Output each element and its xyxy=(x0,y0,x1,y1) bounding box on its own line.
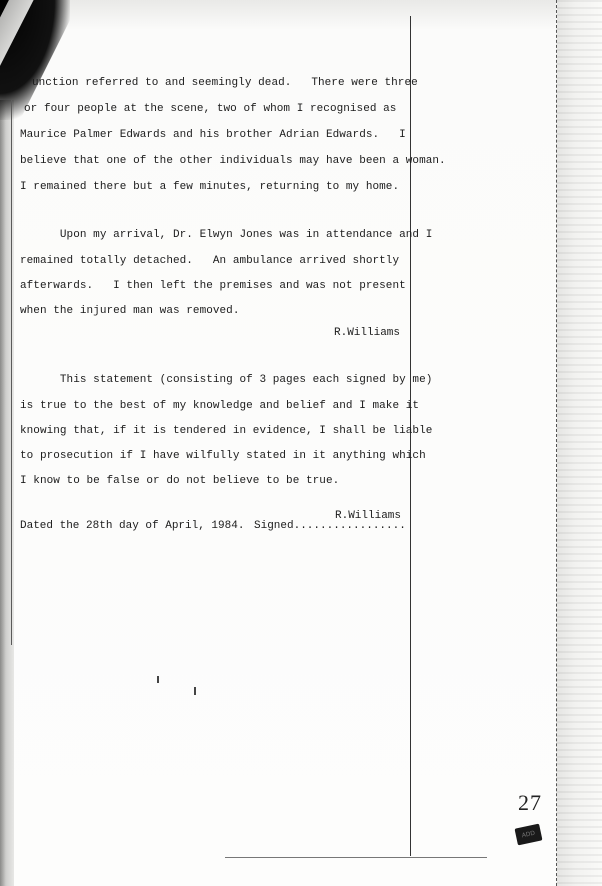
paragraph-2: Upon my arrival, Dr. Elwyn Jones was in … xyxy=(20,228,410,300)
text-line: knowing that, if it is tendered in evide… xyxy=(20,424,432,438)
text-line: believe that one of the other individual… xyxy=(20,154,446,168)
text-line: or four people at the scene, two of whom… xyxy=(24,102,396,116)
paragraph-3: This statement (consisting of 3 pages ea… xyxy=(20,373,410,457)
dated-text: Dated the 28th day of April, 1984. xyxy=(20,520,244,532)
page-number: 27 xyxy=(518,790,542,816)
scan-speck xyxy=(157,676,159,683)
reference-stamp: ADD xyxy=(515,824,543,846)
text-line: afterwards. I then left the premises and… xyxy=(20,279,406,293)
text-line: remained totally detached. An ambulance … xyxy=(20,254,399,268)
text-line: is true to the best of my knowledge and … xyxy=(20,399,419,413)
signature-1: R.Williams xyxy=(334,327,400,339)
text-line: Maurice Palmer Edwards and his brother A… xyxy=(20,128,406,142)
scan-speck xyxy=(194,687,196,695)
signature-2: R.Williams xyxy=(335,510,401,522)
text-line: This statement (consisting of 3 pages ea… xyxy=(20,373,432,387)
bottom-rule xyxy=(225,857,487,858)
paragraph-1: unction referred to and seemingly dead. … xyxy=(20,76,410,160)
adjacent-page-edge xyxy=(556,0,602,886)
document-page: unction referred to and seemingly dead. … xyxy=(0,0,602,886)
text-line: I remained there but a few minutes, retu… xyxy=(20,180,399,194)
text-line: unction referred to and seemingly dead. … xyxy=(32,76,418,90)
left-margin-rule xyxy=(11,100,12,645)
text-line: Upon my arrival, Dr. Elwyn Jones was in … xyxy=(20,228,432,242)
text-line: I know to be false or do not believe to … xyxy=(20,474,339,488)
text-line: when the injured man was removed. xyxy=(20,304,240,318)
text-line: to prosecution if I have wilfully stated… xyxy=(20,449,426,463)
